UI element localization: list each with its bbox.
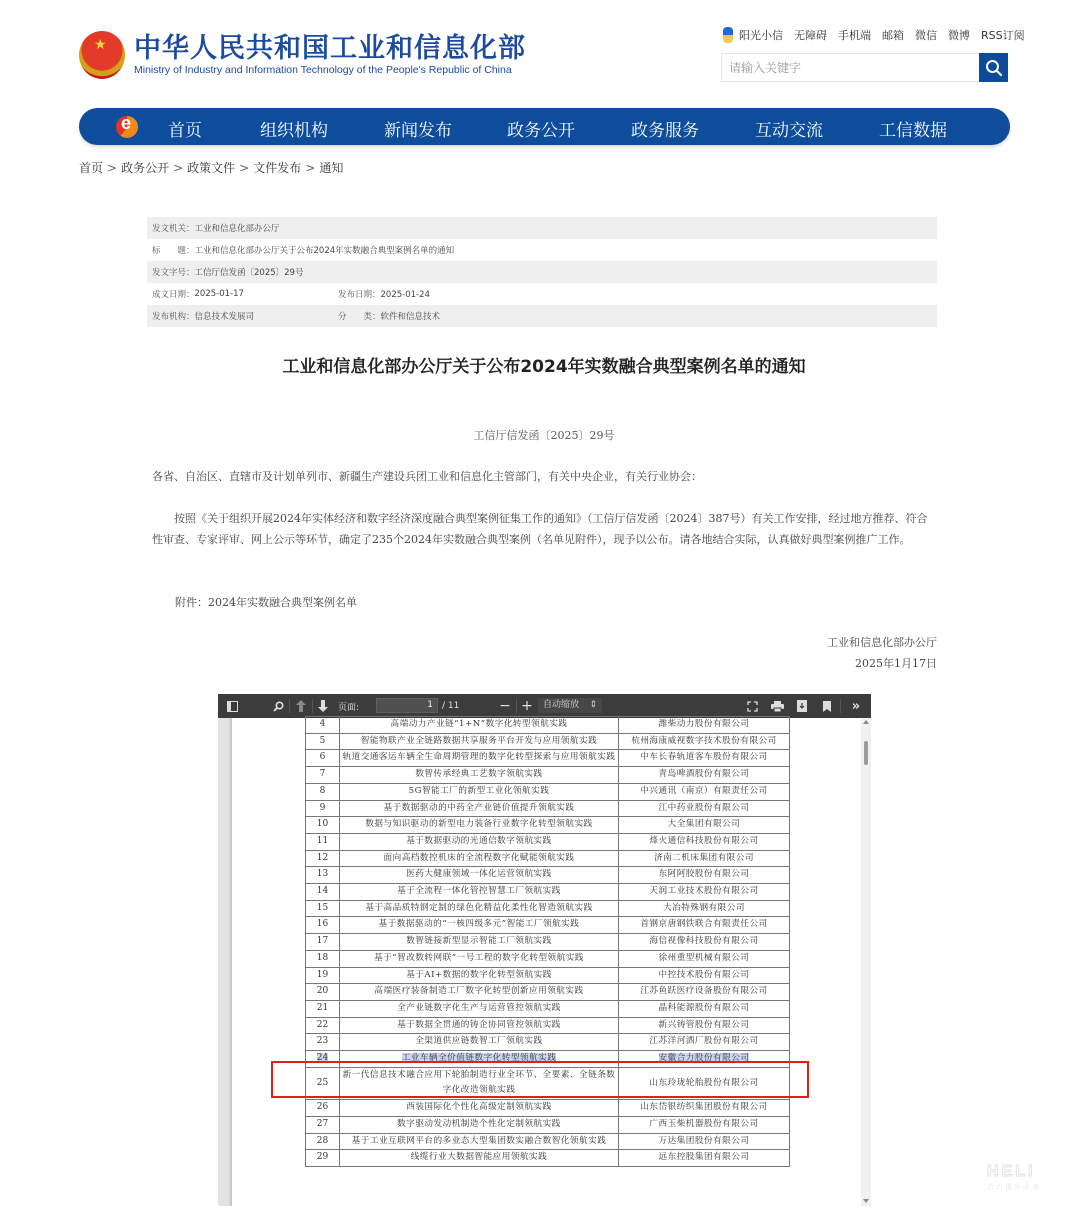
row-number: 25 xyxy=(306,1067,340,1099)
row-number: 5 xyxy=(306,733,340,750)
printer-icon xyxy=(771,701,784,712)
print-button[interactable] xyxy=(769,694,785,718)
article-body: 按照《关于组织开展2024年实体经济和数字经济深度融合典型案例征集工作的通知》（… xyxy=(152,508,938,550)
nav-e-logo-icon xyxy=(116,116,138,138)
chevron-right-icon: > xyxy=(107,161,117,175)
row-number: 10 xyxy=(306,817,340,834)
breadcrumb-government-affairs[interactable]: 政务公开 xyxy=(121,161,169,175)
case-name: 数据与知识驱动的新型电力装备行业数字化转型领航实践 xyxy=(340,817,619,834)
company-name: 海信视像科技股份有限公司 xyxy=(619,934,790,951)
nav-item-organization[interactable]: 组织机构 xyxy=(260,116,328,141)
case-name: 全产业链数字化生产与运营管控领航实践 xyxy=(340,1000,619,1017)
top-link-mail[interactable]: 邮箱 xyxy=(882,27,904,43)
case-name: 医药大健康领域一体化运营领航实践 xyxy=(340,867,619,884)
table-row: 24工业车辆全价值链数字化转型领航实践安徽合力股份有限公司 xyxy=(306,1051,790,1068)
table-row: 25新一代信息技术融合应用下轮胎制造行业全环节、全要素、全链条数字化改造领航实践… xyxy=(306,1067,790,1099)
company-name: 中车长春轨道客车股份有限公司 xyxy=(619,750,790,767)
company-name: 大冶特殊钢有限公司 xyxy=(619,900,790,917)
case-name: 线缆行业大数据智能应用领航实践 xyxy=(340,1150,619,1167)
sunshine-icon xyxy=(723,27,733,43)
article-attachment[interactable]: 附件：2024年实数融合典型案例名单 xyxy=(175,592,961,613)
company-name: 江苏洋河酒厂股份有限公司 xyxy=(619,1034,790,1051)
table-row: 27数字驱动发动机制造个性化定制领航实践广西玉柴机器股份有限公司 xyxy=(306,1116,790,1133)
row-number: 27 xyxy=(306,1116,340,1133)
row-number: 22 xyxy=(306,1017,340,1034)
table-row: 19基于AI+数据的数字化转型领航实践中控技术股份有限公司 xyxy=(306,967,790,984)
breadcrumb-home[interactable]: 首页 xyxy=(79,161,103,175)
scroll-up-icon[interactable] xyxy=(863,720,869,724)
company-name: 江苏鱼跃医疗设备股份有限公司 xyxy=(619,984,790,1001)
scrollbar-thumb[interactable] xyxy=(864,741,868,765)
company-name: 杭州海康威视数字技术股份有限公司 xyxy=(619,733,790,750)
row-number: 23 xyxy=(306,1034,340,1051)
article-title: 工业和信息化部办公厅关于公布2024年实数融合典型案例名单的通知 xyxy=(0,352,1080,377)
table-row: 20高端医疗装备制造工厂数字化转型创新应用领航实践江苏鱼跃医疗设备股份有限公司 xyxy=(306,984,790,1001)
chevron-right-icon: > xyxy=(239,161,249,175)
row-number: 9 xyxy=(306,800,340,817)
case-name: 基于数据全贯通的铸企协同管控领航实践 xyxy=(340,1017,619,1034)
case-name: 基于数据驱动的光通信数字领航实践 xyxy=(340,833,619,850)
row-number: 6 xyxy=(306,750,340,767)
row-number: 28 xyxy=(306,1133,340,1150)
company-name: 首钢京唐钢铁联合有限责任公司 xyxy=(619,917,790,934)
top-link-rss[interactable]: RSS订阅 xyxy=(981,27,1025,43)
table-row: 23全渠道供应链数智工厂领航实践江苏洋河酒厂股份有限公司 xyxy=(306,1034,790,1051)
company-name: 广西玉柴机器股份有限公司 xyxy=(619,1116,790,1133)
top-link-sunshine[interactable]: 阳光小信 xyxy=(739,27,783,43)
page-number-input[interactable]: 1 xyxy=(376,698,438,713)
article-date: 2025年1月17日 xyxy=(855,655,937,671)
breadcrumb-notice[interactable]: 通知 xyxy=(319,161,343,175)
watermark-slogan: 合力提升未来 xyxy=(987,1182,1041,1192)
breadcrumb-policy[interactable]: 政策文件 xyxy=(187,161,235,175)
company-name: 大全集团有限公司 xyxy=(619,817,790,834)
download-button[interactable] xyxy=(795,694,809,718)
article-signature: 工业和信息化部办公厅 xyxy=(827,634,937,650)
site-logo[interactable]: 中华人民共和国工业和信息化部 Ministry of Industry and … xyxy=(79,31,526,79)
row-number: 19 xyxy=(306,967,340,984)
row-number: 7 xyxy=(306,767,340,784)
table-row: 10数据与知识驱动的新型电力装备行业数字化转型领航实践大全集团有限公司 xyxy=(306,817,790,834)
breadcrumb: 首页>政务公开>政策文件>文件发布>通知 xyxy=(79,159,343,176)
pdf-scrollbar[interactable] xyxy=(861,718,871,1206)
chevron-right-icon: > xyxy=(173,161,183,175)
cases-table: 4高端动力产业链“1+N”数字化转型领航实践潍柴动力股份有限公司5智能物联产业全… xyxy=(305,716,790,1167)
meta-row-issuer: 发文机关：工业和信息化部办公厅 xyxy=(147,217,937,239)
watermark-brand: HELI xyxy=(987,1163,1041,1181)
download-icon xyxy=(797,700,807,712)
company-name: 济南二机床集团有限公司 xyxy=(619,850,790,867)
chevron-right-icon: > xyxy=(305,161,315,175)
document-meta-table: 发文机关：工业和信息化部办公厅 标 题：工业和信息化部办公厅关于公布2024年实… xyxy=(147,217,937,327)
table-row: 14基于全流程一体化管控智慧工厂领航实践天润工业技术股份有限公司 xyxy=(306,884,790,901)
company-name: 远东控股集团有限公司 xyxy=(619,1150,790,1167)
row-number: 8 xyxy=(306,783,340,800)
case-name: 基于AI+数据的数字化转型领航实践 xyxy=(340,967,619,984)
search-button[interactable] xyxy=(979,53,1008,82)
arrow-up-icon xyxy=(296,700,306,712)
case-name: 西装国际化个性化高级定制领航实践 xyxy=(340,1100,619,1117)
company-name: 山东岱银纺织集团股份有限公司 xyxy=(619,1100,790,1117)
row-number: 21 xyxy=(306,1000,340,1017)
table-row: 5智能物联产业全链路数据共享服务平台开发与应用领航实践杭州海康威视数字技术股份有… xyxy=(306,733,790,750)
table-row: 11基于数据驱动的光通信数字领航实践烽火通信科技股份有限公司 xyxy=(306,833,790,850)
scroll-down-icon[interactable] xyxy=(863,1199,869,1203)
table-row: 26西装国际化个性化高级定制领航实践山东岱银纺织集团股份有限公司 xyxy=(306,1100,790,1117)
page-label: 页面: xyxy=(338,694,372,718)
meta-row-org: 发布机构：信息技术发展司 分 类：软件和信息技术 xyxy=(147,305,937,327)
top-link-accessibility[interactable]: 无障碍 xyxy=(794,27,827,43)
case-name: 智能物联产业全链路数据共享服务平台开发与应用领航实践 xyxy=(340,733,619,750)
case-name: 轨道交通客运车辆全生命周期管理的数字化转型探索与应用领航实践 xyxy=(340,750,619,767)
table-row: 7数智传承经典工艺数字领航实践青岛啤酒股份有限公司 xyxy=(306,767,790,784)
row-number: 12 xyxy=(306,850,340,867)
fullscreen-icon xyxy=(747,701,758,712)
table-row: 13医药大健康领域一体化运营领航实践东阿阿胶股份有限公司 xyxy=(306,867,790,884)
search-icon xyxy=(273,701,284,712)
table-row: 18基于“智改数转网联”一号工程的数字化转型领航实践徐州重型机械有限公司 xyxy=(306,950,790,967)
plus-icon: + xyxy=(521,698,533,714)
search-icon xyxy=(985,59,1003,77)
breadcrumb-documents[interactable]: 文件发布 xyxy=(253,161,301,175)
table-row: 85G智能工厂的新型工业化领航实践中兴通讯（南京）有限责任公司 xyxy=(306,783,790,800)
company-name: 中控技术股份有限公司 xyxy=(619,967,790,984)
page-total: / 11 xyxy=(442,694,466,718)
nav-item-government-affairs[interactable]: 政务公开 xyxy=(507,116,575,141)
top-links: 阳光小信 无障碍 手机端 邮箱 微信 微博 RSS订阅 xyxy=(723,27,1025,43)
case-name: 5G智能工厂的新型工业化领航实践 xyxy=(340,783,619,800)
pdf-toolbar: 页面: 1 / 11 − + 自动缩放⇕ » xyxy=(218,694,871,718)
previous-page-button[interactable] xyxy=(294,694,308,718)
case-name: 新一代信息技术融合应用下轮胎制造行业全环节、全要素、全链条数字化改造领航实践 xyxy=(340,1067,619,1099)
row-number: 17 xyxy=(306,934,340,951)
row-number: 29 xyxy=(306,1150,340,1167)
top-link-mobile[interactable]: 手机端 xyxy=(838,27,871,43)
heli-watermark: HELI 合力提升未来 xyxy=(987,1163,1041,1192)
row-number: 14 xyxy=(306,884,340,901)
case-name: 基于高品质特钢定制的绿色化精益化柔性化智造领航实践 xyxy=(340,900,619,917)
row-number: 18 xyxy=(306,950,340,967)
case-name: 面向高档数控机床的全流程数字化赋能领航实践 xyxy=(340,850,619,867)
arrow-down-icon xyxy=(318,700,328,712)
nav-item-services[interactable]: 政务服务 xyxy=(631,116,699,141)
row-number: 13 xyxy=(306,867,340,884)
top-link-weibo[interactable]: 微博 xyxy=(948,27,970,43)
table-row: 9基于数据驱动的中药全产业链价值提升领航实践江中药业股份有限公司 xyxy=(306,800,790,817)
nav-item-home[interactable]: 首页 xyxy=(168,116,202,141)
row-number: 16 xyxy=(306,917,340,934)
row-number: 11 xyxy=(306,833,340,850)
zoom-select[interactable]: 自动缩放⇕ xyxy=(538,698,602,713)
case-name: 数智传承经典工艺数字领航实践 xyxy=(340,767,619,784)
nav-item-interaction[interactable]: 互动交流 xyxy=(755,116,823,141)
meta-row-docno: 发文字号：工信厅信发函〔2025〕29号 xyxy=(147,261,937,283)
table-row: 4高端动力产业链“1+N”数字化转型领航实践潍柴动力股份有限公司 xyxy=(306,717,790,734)
case-name: 基于数据驱动的“一核四级多元”智能工厂领航实践 xyxy=(340,917,619,934)
pdf-page: 4高端动力产业链“1+N”数字化转型领航实践潍柴动力股份有限公司5智能物联产业全… xyxy=(232,718,864,1206)
table-row: 17数智链接新型显示智能工厂领航实践海信视像科技股份有限公司 xyxy=(306,934,790,951)
sidebar-toggle-button[interactable] xyxy=(224,694,240,718)
table-row: 29线缆行业大数据智能应用领航实践远东控股集团有限公司 xyxy=(306,1150,790,1167)
row-number: 15 xyxy=(306,900,340,917)
presentation-mode-button[interactable] xyxy=(745,694,759,718)
case-name: 高端动力产业链“1+N”数字化转型领航实践 xyxy=(340,717,619,734)
zoom-out-button[interactable]: − xyxy=(498,694,512,718)
company-name: 安徽合力股份有限公司 xyxy=(619,1051,790,1068)
company-name: 天润工业技术股份有限公司 xyxy=(619,884,790,901)
double-chevron-right-icon: » xyxy=(852,699,860,714)
case-name: 基于数据驱动的中药全产业链价值提升领航实践 xyxy=(340,800,619,817)
company-name: 青岛啤酒股份有限公司 xyxy=(619,767,790,784)
case-name: 数智链接新型显示智能工厂领航实践 xyxy=(340,934,619,951)
company-name: 山东玲珑轮胎股份有限公司 xyxy=(619,1067,790,1099)
tools-button[interactable]: » xyxy=(847,694,865,718)
table-row: 15基于高品质特钢定制的绿色化精益化柔性化智造领航实践大冶特殊钢有限公司 xyxy=(306,900,790,917)
select-arrows-icon: ⇕ xyxy=(589,698,597,713)
search-box xyxy=(721,53,1008,82)
company-name: 徐州重型机械有限公司 xyxy=(619,950,790,967)
company-name: 烽火通信科技股份有限公司 xyxy=(619,833,790,850)
case-name: 数字驱动发动机制造个性化定制领航实践 xyxy=(340,1116,619,1133)
pdf-document-area[interactable]: 4高端动力产业链“1+N”数字化转型领航实践潍柴动力股份有限公司5智能物联产业全… xyxy=(218,718,871,1206)
zoom-in-button[interactable]: + xyxy=(520,694,534,718)
case-name: 基于工业互联网平台的多业态大型集团数实融合数智化领航实践 xyxy=(340,1133,619,1150)
sidebar-toggle-icon xyxy=(227,701,238,712)
row-number: 26 xyxy=(306,1100,340,1117)
company-name: 潍柴动力股份有限公司 xyxy=(619,717,790,734)
bookmark-icon xyxy=(823,701,831,712)
nav-item-data[interactable]: 工信数据 xyxy=(879,116,947,141)
company-name: 江中药业股份有限公司 xyxy=(619,800,790,817)
table-row: 16基于数据驱动的“一核四级多元”智能工厂领航实践首钢京唐钢铁联合有限责任公司 xyxy=(306,917,790,934)
case-name: 全渠道供应链数智工厂领航实践 xyxy=(340,1034,619,1051)
top-link-wechat[interactable]: 微信 xyxy=(915,27,937,43)
site-title-cn: 中华人民共和国工业和信息化部 xyxy=(134,34,526,64)
next-page-button[interactable] xyxy=(316,694,330,718)
case-name: 基于“智改数转网联”一号工程的数字化转型领航实践 xyxy=(340,950,619,967)
search-input[interactable] xyxy=(722,54,977,81)
main-nav: 首页 组织机构 新闻发布 政务公开 政务服务 互动交流 工信数据 xyxy=(79,108,1010,145)
case-name: 基于全流程一体化管控智慧工厂领航实践 xyxy=(340,884,619,901)
company-name: 晶科能源股份有限公司 xyxy=(619,1000,790,1017)
case-name: 工业车辆全价值链数字化转型领航实践 xyxy=(340,1051,619,1068)
row-number: 4 xyxy=(306,717,340,734)
company-name: 东阿阿胶股份有限公司 xyxy=(619,867,790,884)
minus-icon: − xyxy=(499,698,511,714)
nav-item-news[interactable]: 新闻发布 xyxy=(384,116,452,141)
pdf-viewer: 页面: 1 / 11 − + 自动缩放⇕ » 4高端动力产业链“1+N”数字化转… xyxy=(218,694,871,1206)
table-row: 22基于数据全贯通的铸企协同管控领航实践新兴铸管股份有限公司 xyxy=(306,1017,790,1034)
table-row: 12面向高档数控机床的全流程数字化赋能领航实践济南二机床集团有限公司 xyxy=(306,850,790,867)
company-name: 万达集团股份有限公司 xyxy=(619,1133,790,1150)
article-doc-number: 工信厅信发函〔2025〕29号 xyxy=(0,427,1080,443)
company-name: 新兴铸管股份有限公司 xyxy=(619,1017,790,1034)
meta-row-title: 标 题：工业和信息化部办公厅关于公布2024年实数融合典型案例名单的通知 xyxy=(147,239,937,261)
site-header: 中华人民共和国工业和信息化部 Ministry of Industry and … xyxy=(0,0,1080,100)
row-number: 20 xyxy=(306,984,340,1001)
national-emblem-icon xyxy=(79,31,125,79)
bookmark-button[interactable] xyxy=(820,694,834,718)
site-title-en: Ministry of Industry and Information Tec… xyxy=(134,64,526,77)
pdf-search-button[interactable] xyxy=(270,694,286,718)
table-row: 21全产业链数字化生产与运营管控领航实践晶科能源股份有限公司 xyxy=(306,1000,790,1017)
table-row: 28基于工业互联网平台的多业态大型集团数实融合数智化领航实践万达集团股份有限公司 xyxy=(306,1133,790,1150)
company-name: 中兴通讯（南京）有限责任公司 xyxy=(619,783,790,800)
meta-row-dates: 成文日期：2025-01-17 发布日期：2025-01-24 xyxy=(147,283,937,305)
article-salutation: 各省、自治区、直辖市及计划单列市、新疆生产建设兵团工业和信息化主管部门，有关中央… xyxy=(152,466,938,487)
row-number: 24 xyxy=(306,1051,340,1068)
case-name: 高端医疗装备制造工厂数字化转型创新应用领航实践 xyxy=(340,984,619,1001)
table-row: 6轨道交通客运车辆全生命周期管理的数字化转型探索与应用领航实践中车长春轨道客车股… xyxy=(306,750,790,767)
